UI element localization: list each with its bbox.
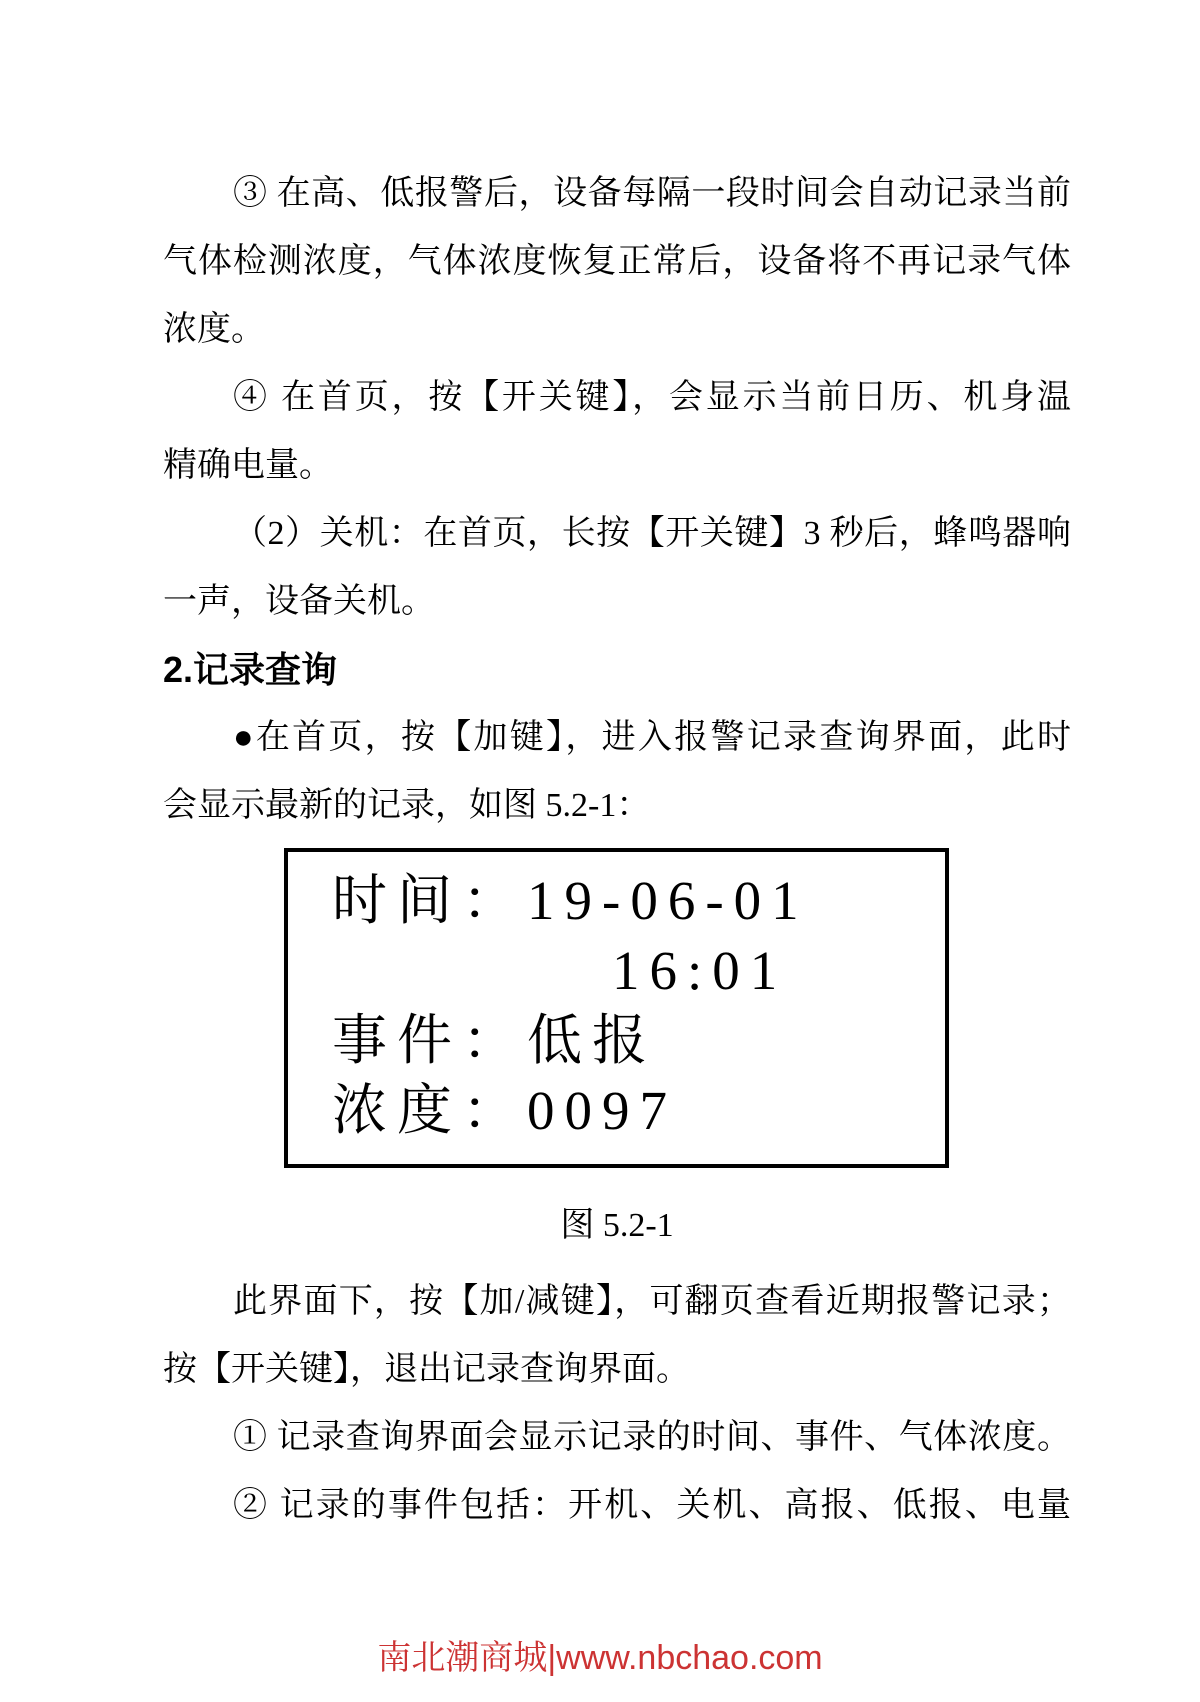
paragraph-shutdown-line-1: （2）关机：在首页，长按【开关键】3 秒后，蜂鸣器响	[163, 500, 1071, 568]
paragraph-4-line-2: 精确电量。	[163, 432, 1071, 500]
paragraph-note-1: ① 记录查询界面会显示记录的时间、事件、气体浓度。	[163, 1404, 1071, 1472]
paragraph-3-line-1: ③ 在高、低报警后，设备每隔一段时间会自动记录当前	[163, 160, 1071, 228]
display-clock-line: 16:01	[612, 936, 945, 1006]
figure-caption: 图 5.2-1	[163, 1196, 1071, 1256]
display-time-line: 时间：19-06-01	[332, 866, 945, 936]
display-event-line: 事件：低报	[332, 1006, 945, 1076]
paragraph-3-line-3: 浓度。	[163, 296, 1071, 364]
paragraph-4-line-1: ④ 在首页，按【开关键】，会显示当前日历、机身温度、	[163, 364, 1071, 432]
paragraph-3-line-2: 气体检测浓度，气体浓度恢复正常后，设备将不再记录气体	[163, 228, 1071, 296]
paragraph-shutdown-line-2: 一声，设备关机。	[163, 568, 1071, 636]
watermark-footer: 南北潮商城|www.nbchao.com	[0, 1634, 1200, 1682]
manual-page: ③ 在高、低报警后，设备每隔一段时间会自动记录当前 气体检测浓度，气体浓度恢复正…	[0, 0, 1200, 1702]
body-text-bottom: 此界面下，按【加/减键】，可翻页查看近期报警记录； 按【开关键】，退出记录查询界…	[163, 1268, 1071, 1540]
body-text-top: ③ 在高、低报警后，设备每隔一段时间会自动记录当前 气体检测浓度，气体浓度恢复正…	[163, 160, 1071, 840]
paragraph-bullet-line-2: 会显示最新的记录，如图 5.2-1：	[163, 772, 1071, 840]
display-concentration-line: 浓度：0097	[332, 1076, 945, 1146]
paragraph-note-2: ② 记录的事件包括：开机、关机、高报、低报、电量	[163, 1472, 1071, 1540]
paragraph-page-keys-line-2: 按【开关键】，退出记录查询界面。	[163, 1336, 1071, 1404]
section-heading-record-query: 2.记录查询	[163, 636, 1071, 704]
paragraph-bullet-line-1: ●在首页，按【加键】，进入报警记录查询界面，此时	[163, 704, 1071, 772]
paragraph-page-keys-line-1: 此界面下，按【加/减键】，可翻页查看近期报警记录；	[163, 1268, 1071, 1336]
lcd-display-figure: 时间：19-06-01 16:01 事件：低报 浓度：0097	[284, 848, 949, 1168]
